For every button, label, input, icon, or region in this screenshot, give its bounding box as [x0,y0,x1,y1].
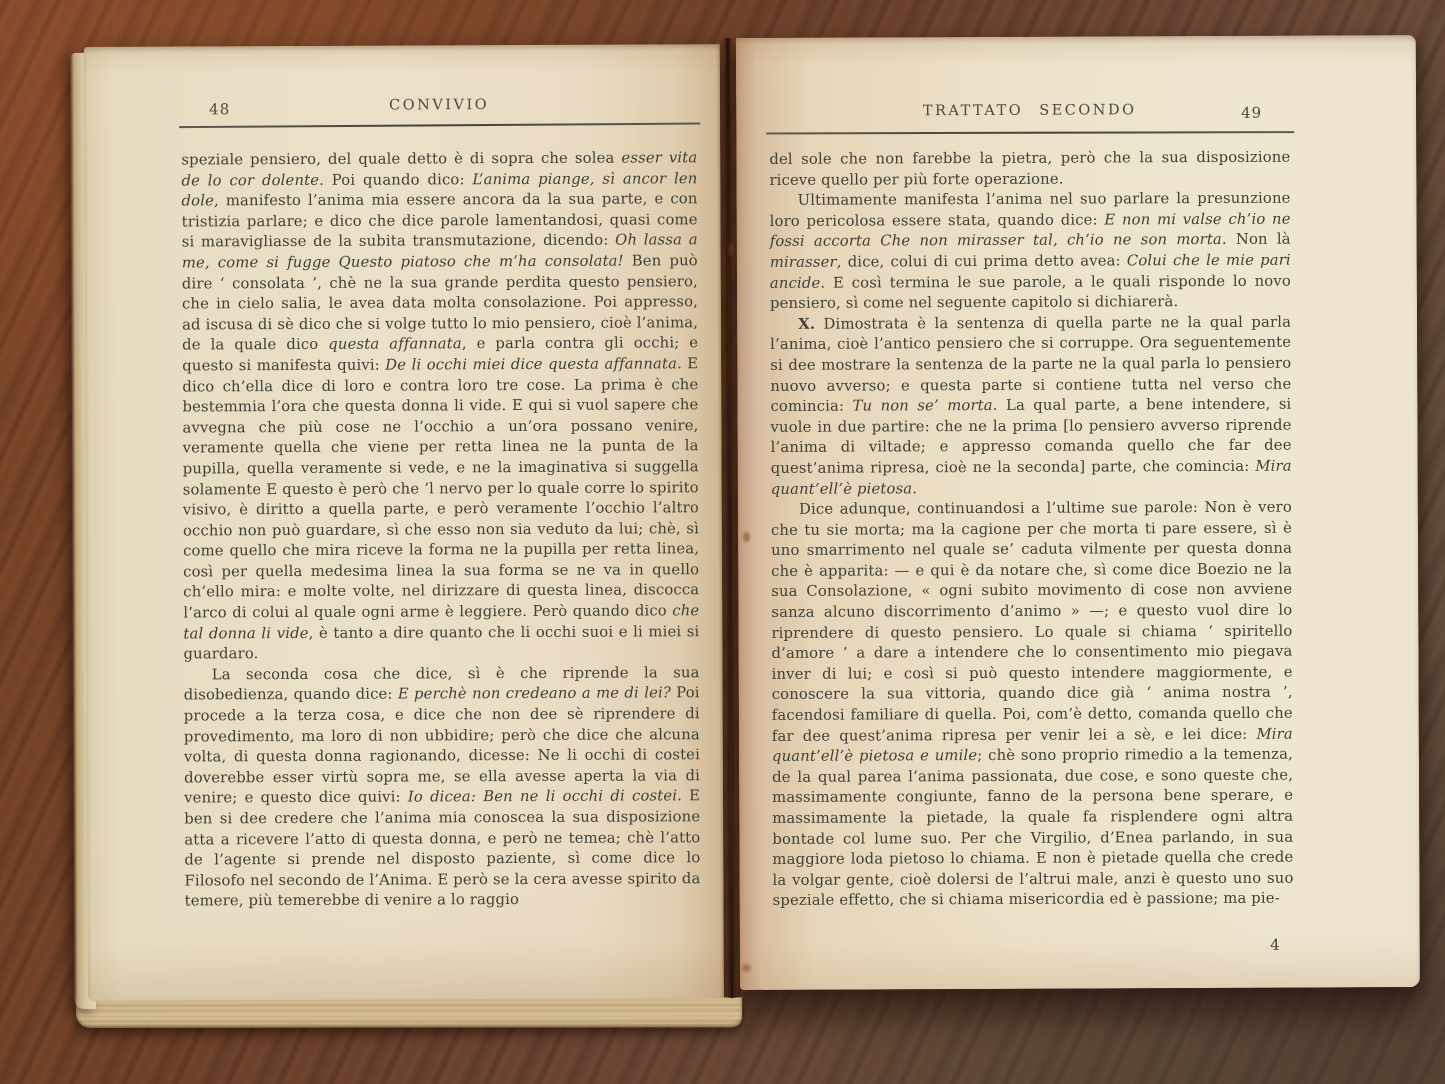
paragraph: del sole che non farebbe la pietra, però… [769,148,1290,191]
open-book: 48 CONVIVIO speziale pensiero, del quale… [68,31,1426,1043]
right-page: TRATTATO SECONDO 49 del sole che non far… [736,35,1420,990]
right-running-title: TRATTATO SECONDO [769,102,1290,120]
page-edge-stack-bottom [76,997,742,1028]
paragraph: Ultimamente manifesta l’anima nel suo pa… [769,189,1291,315]
left-running-title: CONVIVIO [181,96,697,114]
right-page-body: del sole che non farebbe la pietra, però… [769,148,1293,912]
foxing-spot [743,532,750,542]
left-page-header: 48 CONVIVIO [181,96,697,124]
gutter-crack [727,38,733,998]
paragraph: Dice adunque, continuandosi a l’ultime s… [771,498,1294,912]
right-page-header: TRATTATO SECONDO 49 [769,102,1290,130]
paragraph: X. Dimostrata è la sentenza di quella pa… [770,312,1292,500]
foxing-spot [729,242,734,256]
signature-mark: 4 [1270,936,1280,954]
right-header-rule [766,131,1294,134]
left-page-body: speziale pensiero, del quale detto è di … [181,148,700,912]
left-page: 48 CONVIVIO speziale pensiero, del quale… [84,44,724,1001]
right-page-number: 49 [1241,104,1262,122]
foxing-spot [742,964,751,972]
paragraph: speziale pensiero, del quale detto è di … [181,148,699,665]
paragraph: La seconda cosa che dice, sì è che ripre… [184,663,701,912]
